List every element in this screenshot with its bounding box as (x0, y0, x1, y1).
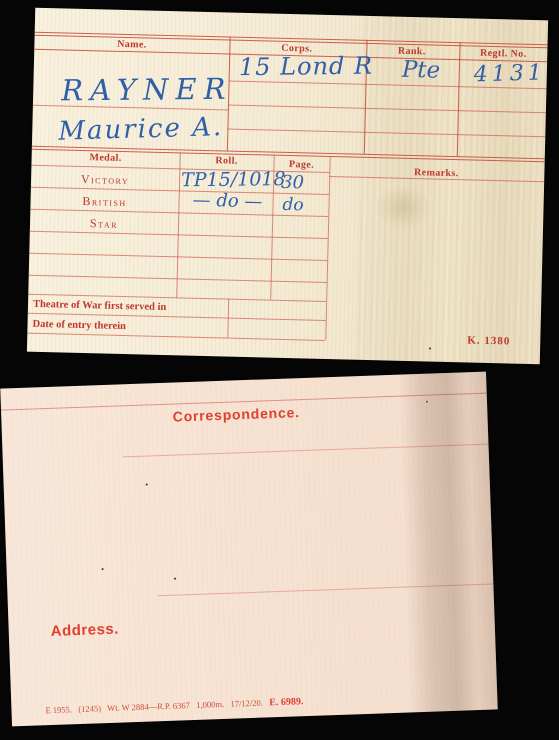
medal-index-card-front: Name. Corps. Rank. Regtl. No. RAYNER Mau… (27, 8, 548, 364)
medal-row-star-label: Star (40, 215, 168, 233)
regtl-no-handwritten-value: 4131 (473, 60, 546, 87)
scan-shadow-band (398, 372, 498, 713)
rule-line (158, 583, 494, 596)
medal-column-header: Medal. (42, 151, 170, 165)
forename-handwritten-value: Maurice A. (58, 112, 224, 147)
printers-imprint-detail: E 1955. (1245) Wt. W 2884—R.P. 6367 1,00… (45, 698, 263, 716)
paper-stain (375, 184, 431, 230)
theatre-of-war-label: Theatre of War first served in (33, 299, 167, 313)
rank-handwritten-value: Pte (402, 57, 441, 84)
victory-page-handwritten-value: 30 (281, 172, 304, 194)
dust-speck (174, 578, 176, 580)
dust-speck (102, 568, 104, 570)
regtl-no-column-header: Regtl. No. (461, 47, 545, 60)
dust-speck (429, 348, 431, 350)
rule-line (123, 444, 489, 458)
british-page-handwritten-value: do (282, 195, 304, 216)
medal-index-card-reverse: Correspondence. Address. E 1955. (1245) … (0, 372, 498, 727)
printers-imprint-text: E 1955. (1245) Wt. W 2884—R.P. 6367 1,00… (45, 696, 303, 716)
date-of-entry-label: Date of entry therein (32, 319, 126, 332)
card-ref-code: K. 1380 (467, 334, 510, 347)
ink-speck (426, 401, 428, 403)
rule-line (227, 129, 545, 138)
address-label: Address. (50, 621, 119, 640)
rule-line (27, 333, 325, 341)
victory-roll-handwritten-value: TP15/1018 (181, 168, 286, 191)
surname-handwritten-value: RAYNER (61, 72, 232, 108)
correspondence-title: Correspondence. (1, 398, 471, 430)
corps-handwritten-value: 15 Lond R (239, 52, 373, 81)
roll-column-header: Roll. (181, 154, 271, 167)
scanned-medal-index-card-page: { "colors": { "background": "#060606", "… (0, 0, 559, 740)
dust-speck (146, 483, 148, 485)
rule-line (228, 105, 546, 114)
medal-row-british-label: British (40, 193, 168, 211)
medal-row-victory-label: Victory (41, 171, 169, 189)
rule-line (325, 156, 330, 340)
printers-imprint-code: E. 6989. (269, 696, 304, 708)
british-roll-handwritten-value: — do — (192, 190, 262, 213)
